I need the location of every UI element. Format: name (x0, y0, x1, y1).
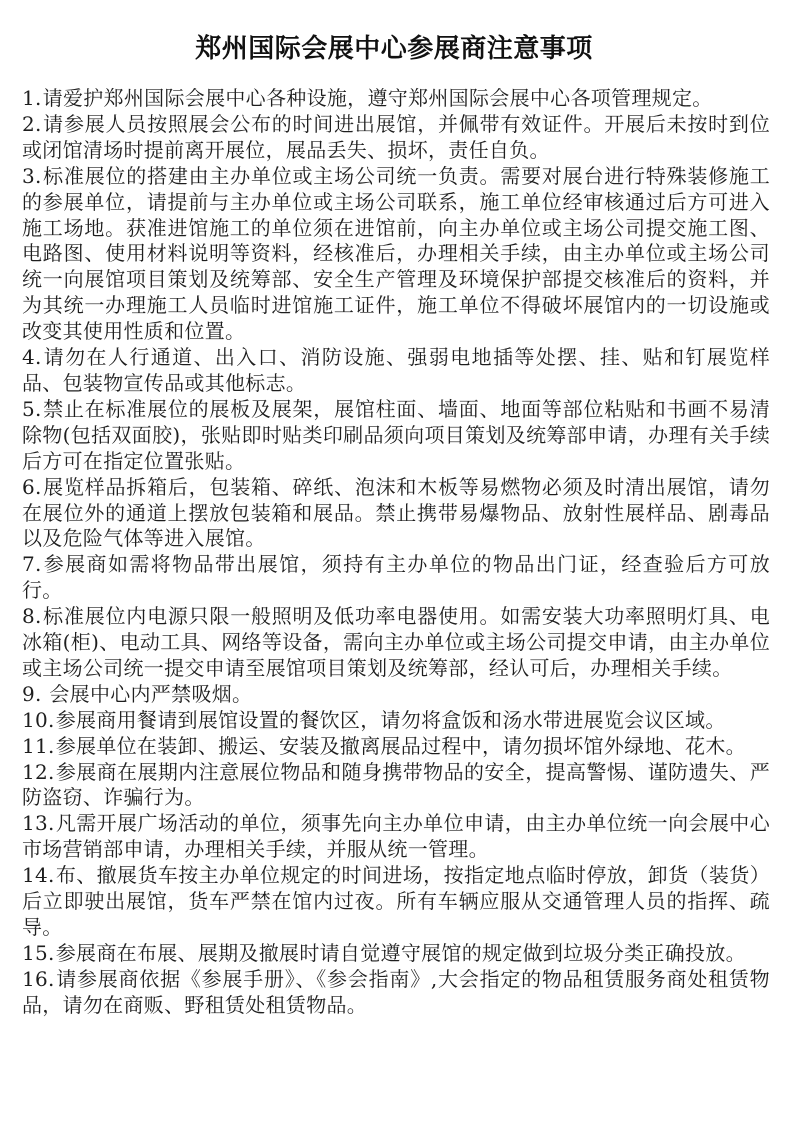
notice-item-8: 8.标准展位内电源只限一般照明及低功率电器使用。如需安装大功率照明灯具、电冰箱(… (22, 604, 770, 682)
item-text: 请勿在人行通道、出入口、消防设施、强弱电地插等处摆、挂、贴和钉展览样品、包装物宣… (22, 345, 770, 395)
notice-item-6: 6.展览样品拆箱后，包装箱、碎纸、泡沫和木板等易燃物必须及时清出展馆，请勿在展位… (22, 475, 770, 553)
notice-item-9: 9. 会展中心内严禁吸烟。 (22, 682, 770, 708)
notice-item-7: 7.参展商如需将物品带出展馆，须持有主办单位的物品出门证，经查验后方可放行。 (22, 552, 770, 604)
item-text: 请参展人员按照展会公布的时间进出展馆，并佩带有效证件。开展后未按时到位或闭馆清场… (22, 112, 770, 162)
notice-item-3: 3.标准展位的搭建由主办单位或主场公司统一负责。需要对展台进行特殊装修施工的参展… (22, 164, 770, 345)
notice-item-10: 10.参展商用餐请到展馆设置的餐饮区，请勿将盒饭和汤水带进展览会议区域。 (22, 708, 770, 734)
item-number: 9. (22, 682, 42, 706)
notice-item-1: 1.请爱护郑州国际会展中心各种设施，遵守郑州国际会展中心各项管理规定。 (22, 86, 770, 112)
item-number: 13. (22, 811, 55, 835)
item-text: 参展商如需将物品带出展馆，须持有主办单位的物品出门证，经查验后方可放行。 (22, 552, 770, 602)
item-text: 请爱护郑州国际会展中心各种设施，遵守郑州国际会展中心各项管理规定。 (43, 86, 713, 110)
item-number: 2. (22, 112, 42, 136)
item-number: 3. (22, 164, 42, 188)
notice-list: 1.请爱护郑州国际会展中心各种设施，遵守郑州国际会展中心各项管理规定。 2.请参… (22, 86, 770, 1019)
notice-item-11: 11.参展单位在装卸、搬运、安装及撤离展品过程中，请勿损坏馆外绿地、花木。 (22, 734, 770, 760)
item-text: 标准展位的搭建由主办单位或主场公司统一负责。需要对展台进行特殊装修施工的参展单位… (22, 164, 770, 343)
item-text: 参展商用餐请到展馆设置的餐饮区，请勿将盒饭和汤水带进展览会议区域。 (56, 708, 726, 732)
item-text: 禁止在标准展位的展板及展架，展馆柱面、墙面、地面等部位粘贴和书画不易清除物(包括… (22, 397, 770, 473)
item-number: 4. (22, 345, 42, 369)
notice-item-12: 12.参展商在展期内注意展位物品和随身携带物品的安全，提高警惕、谨防遗失、严防盗… (22, 760, 770, 812)
notice-item-4: 4.请勿在人行通道、出入口、消防设施、强弱电地插等处摆、挂、贴和钉展览样品、包装… (22, 345, 770, 397)
item-text: 参展商在布展、展期及撤展时请自觉遵守展馆的规定做到垃圾分类正确投放。 (56, 941, 746, 965)
item-text: 布、撤展货车按主办单位规定的时间进场，按指定地点临时停放，卸货（装货）后立即驶出… (22, 863, 770, 939)
notice-item-15: 15.参展商在布展、展期及撤展时请自觉遵守展馆的规定做到垃圾分类正确投放。 (22, 941, 770, 967)
item-text: 请参展商依据《参展手册》、《参会指南》,大会指定的物品租赁服务商处租赁物品，请勿… (22, 967, 770, 1017)
notice-item-13: 13.凡需开展广场活动的单位，须事先向主办单位申请，由主办单位统一向会展中心市场… (22, 811, 770, 863)
item-text: 会展中心内严禁吸烟。 (43, 682, 253, 706)
document-title: 郑州国际会展中心参展商注意事项 (0, 29, 788, 69)
item-number: 11. (22, 734, 55, 758)
item-number: 15. (22, 941, 55, 965)
item-text: 参展商在展期内注意展位物品和随身携带物品的安全，提高警惕、谨防遗失、严防盗窃、诈… (22, 760, 770, 810)
item-number: 1. (22, 86, 42, 110)
notice-item-2: 2.请参展人员按照展会公布的时间进出展馆，并佩带有效证件。开展后未按时到位或闭馆… (22, 112, 770, 164)
item-number: 5. (22, 397, 42, 421)
item-number: 12. (22, 760, 55, 784)
notice-item-5: 5.禁止在标准展位的展板及展架，展馆柱面、墙面、地面等部位粘贴和书画不易清除物(… (22, 397, 770, 475)
item-number: 6. (22, 475, 42, 499)
item-number: 7. (22, 552, 42, 576)
item-text: 凡需开展广场活动的单位，须事先向主办单位申请，由主办单位统一向会展中心市场营销部… (22, 811, 770, 861)
notice-item-16: 16.请参展商依据《参展手册》、《参会指南》,大会指定的物品租赁服务商处租赁物品… (22, 967, 770, 1019)
item-text: 展览样品拆箱后，包装箱、碎纸、泡沫和木板等易燃物必须及时清出展馆，请勿在展位外的… (22, 475, 770, 551)
item-number: 8. (22, 604, 42, 628)
item-number: 14. (22, 863, 55, 887)
item-text: 参展单位在装卸、搬运、安装及撤离展品过程中，请勿损坏馆外绿地、花木。 (56, 734, 746, 758)
item-number: 10. (22, 708, 55, 732)
notice-item-14: 14.布、撤展货车按主办单位规定的时间进场，按指定地点临时停放，卸货（装货）后立… (22, 863, 770, 941)
item-number: 16. (22, 967, 55, 991)
item-text: 标准展位内电源只限一般照明及低功率电器使用。如需安装大功率照明灯具、电冰箱(柜)… (22, 604, 770, 680)
